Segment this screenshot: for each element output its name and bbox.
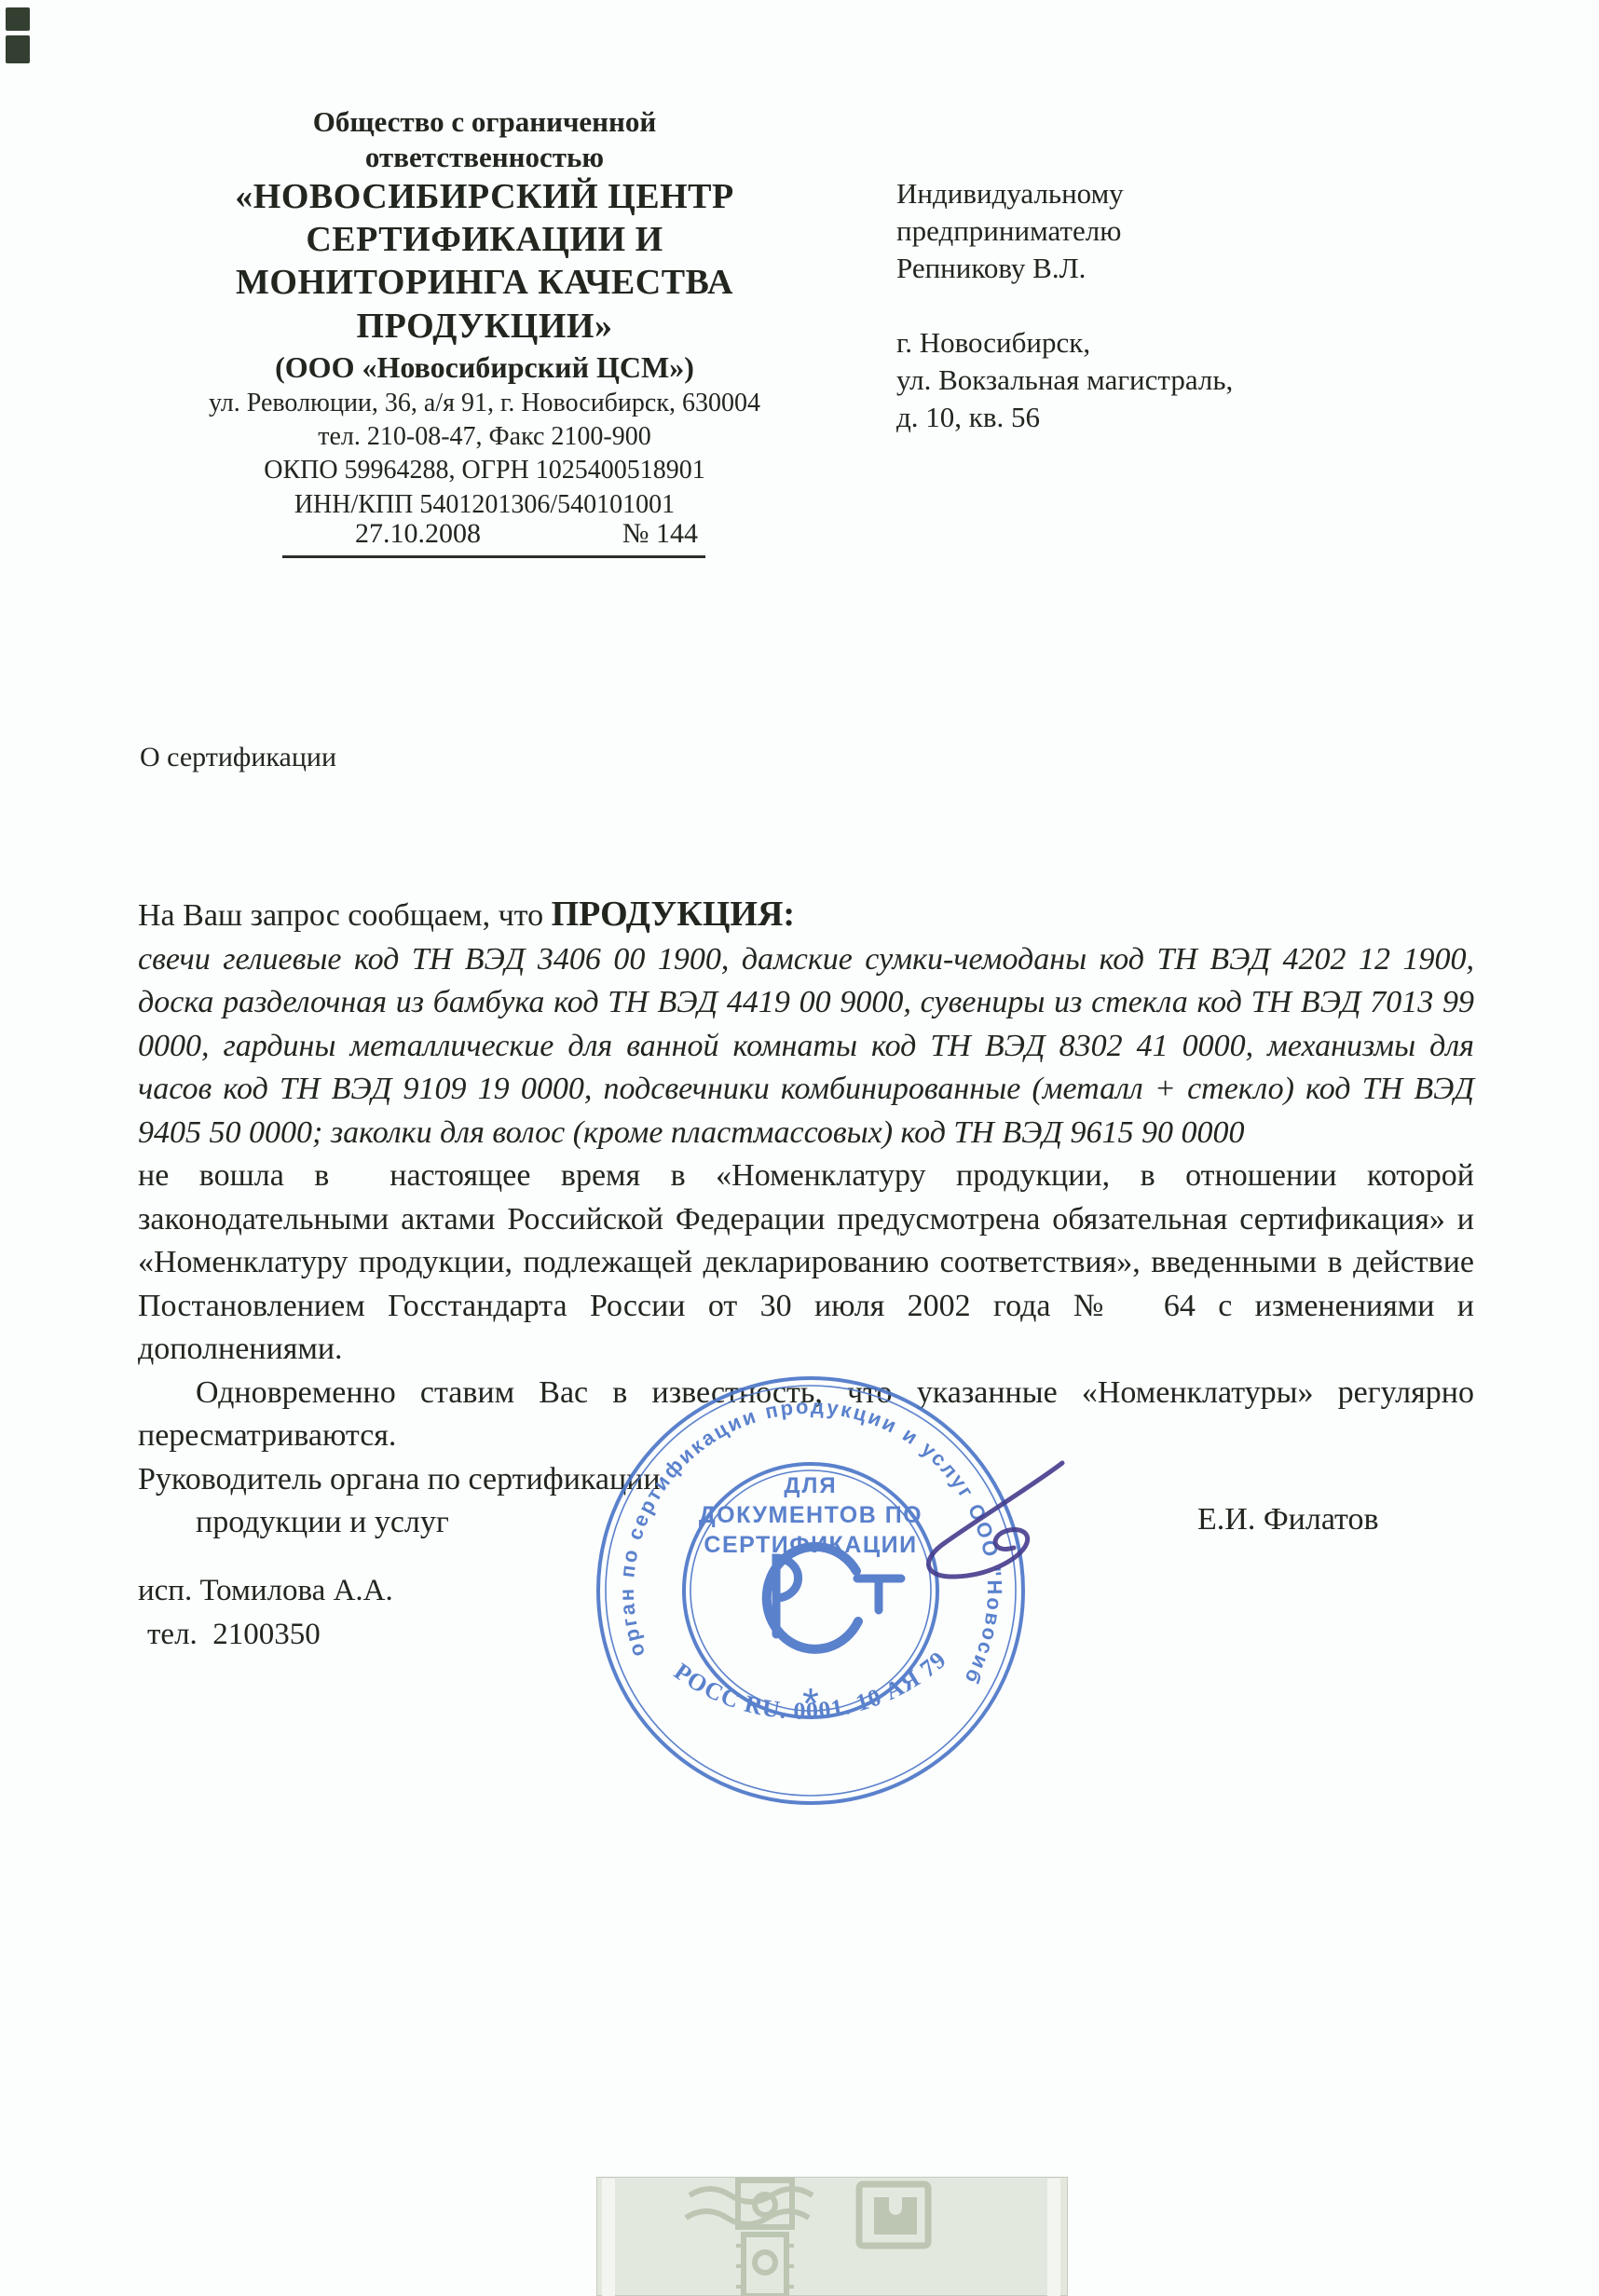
intro-text: На Ваш запрос сообщаем, что bbox=[138, 898, 552, 933]
signer-name: Е.И. Филатов bbox=[1197, 1502, 1379, 1537]
org-type-line: ответственностью bbox=[177, 140, 792, 175]
scanned-letter-page: Общество с ограниченной ответственностью… bbox=[0, 0, 1599, 2296]
sender-letterhead: Общество с ограниченной ответственностью… bbox=[177, 104, 792, 521]
org-name-line: ПРОДУКЦИИ» bbox=[177, 305, 792, 348]
recipient-name: Репникову В.Л. bbox=[896, 250, 1233, 287]
org-name-line: «НОВОСИБИРСКИЙ ЦЕНТР bbox=[177, 175, 792, 218]
intro-emphasis: ПРОДУКЦИЯ: bbox=[552, 895, 795, 934]
org-name-line: МОНИТОРИНГА КАЧЕСТВА bbox=[177, 261, 792, 304]
executor-name: исп. Томилова А.А. bbox=[138, 1569, 393, 1613]
handwritten-signature bbox=[885, 1440, 1127, 1617]
recipient-street: ул. Вокзальная магистраль, bbox=[896, 362, 1233, 399]
stamp-asterisk: * bbox=[802, 1679, 819, 1728]
date-number-line: 27.10.2008 № 144 bbox=[282, 518, 705, 558]
org-type-line: Общество с ограниченной bbox=[177, 104, 792, 140]
products-list: свечи гелиевые код ТН ВЭД 3406 00 1900, … bbox=[138, 938, 1474, 1155]
letter-date: 27.10.2008 bbox=[355, 518, 481, 550]
executor-block: исп. Томилова А.А. тел. 2100350 bbox=[138, 1569, 393, 1657]
stamp-center-line: ДЛЯ bbox=[784, 1473, 837, 1498]
rst-logo-icon bbox=[767, 1547, 901, 1649]
scan-artifact-mark bbox=[6, 35, 30, 63]
paragraph-main: не вошла в настоящее время в «Номенклату… bbox=[138, 1155, 1474, 1372]
org-okpo-ogrn: ОКПО 59964288, ОГРН 1025400518901 bbox=[177, 455, 792, 486]
scanner-band-artifact bbox=[596, 2177, 1068, 2296]
org-phone: тел. 210-08-47, Факс 2100-900 bbox=[177, 421, 792, 453]
letter-number: № 144 bbox=[622, 518, 698, 550]
intro-line: На Ваш запрос сообщаем, что ПРОДУКЦИЯ: bbox=[138, 893, 1474, 938]
org-inn-kpp: ИНН/КПП 5401201306/540101001 bbox=[177, 489, 792, 521]
letter-subject: О сертификации bbox=[140, 742, 336, 773]
recipient-house: д. 10, кв. 56 bbox=[896, 399, 1233, 436]
recipient-line: предпринимателю bbox=[896, 212, 1233, 250]
org-short-name: (ООО «Новосибирский ЦСМ») bbox=[177, 349, 792, 386]
executor-phone: тел. 2100350 bbox=[138, 1613, 393, 1657]
recipient-block: Индивидуальному предпринимателю Репников… bbox=[896, 175, 1233, 436]
recipient-line: Индивидуальному bbox=[896, 175, 1233, 212]
org-address: ул. Революции, 36, а/я 91, г. Новосибирс… bbox=[177, 388, 792, 419]
org-name-line: СЕРТИФИКАЦИИ И bbox=[177, 218, 792, 261]
scan-artifact-mark bbox=[6, 7, 30, 31]
recipient-city: г. Новосибирск, bbox=[896, 324, 1233, 362]
